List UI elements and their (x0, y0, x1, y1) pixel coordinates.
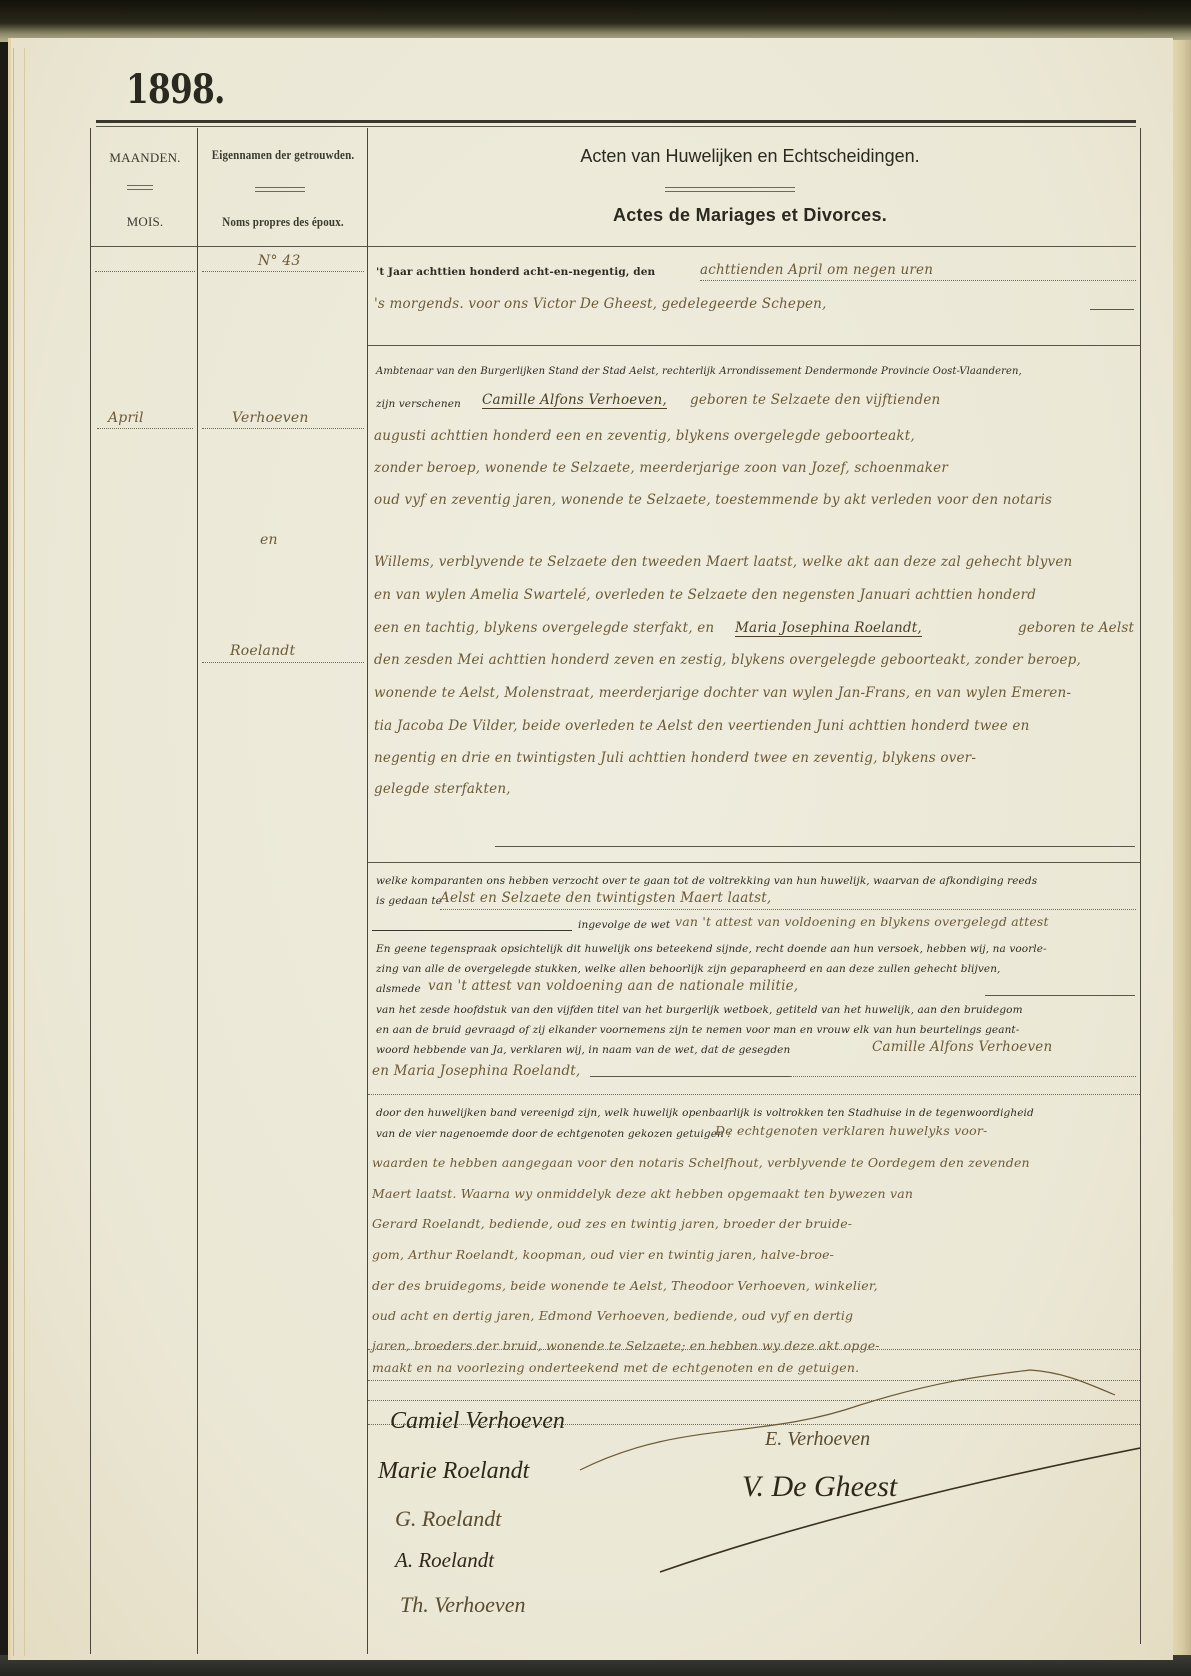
column-line-months (197, 128, 198, 1654)
printed-huwelijken-band: door den huwelijken band vereenigd zijn,… (376, 1107, 1034, 1119)
printed-tegenspraak: En geene tegenspraak opsichtelijk dit hu… (376, 943, 1047, 955)
fill-line (495, 846, 1135, 847)
header-dash (127, 185, 153, 190)
dotted-line (440, 909, 1136, 910)
handwritten-witness-theodoor: der des bruidegoms, beide wonende te Ael… (372, 1278, 878, 1293)
printed-alsmede: alsmede (376, 983, 421, 995)
printed-komparanten: welke komparanten ons hebben verzocht ov… (376, 875, 1037, 887)
dotted-line (202, 662, 364, 663)
handwritten-line: zonder beroep, wonende te Selzaete, meer… (374, 460, 948, 476)
printed-opening: 't Jaar achttien honderd acht-en-negenti… (376, 266, 655, 278)
signature-witness-e-verhoeven: E. Verhoeven (765, 1428, 870, 1451)
handwritten-bride-birth: geboren te Aelst (1018, 620, 1134, 636)
handwritten-line: een en tachtig, blykens overgelegde ster… (374, 620, 714, 636)
handwritten-line: augusti achttien honderd een en zeventig… (374, 428, 915, 444)
column-line-left (90, 128, 91, 1654)
printed-gedaan-te: is gedaan te (376, 895, 442, 907)
page-edge-lines (13, 48, 25, 1656)
printed-hoofdstuk: van het zesde hoofdstuk van den vijfden … (376, 1004, 1023, 1016)
handwritten-line: wonende te Aelst, Molenstraat, meerderja… (374, 685, 1071, 701)
header-top-rule (96, 120, 1136, 123)
conjunction-en: en (260, 532, 278, 548)
dotted-line (790, 1076, 1136, 1077)
signature-bride: Marie Roelandt (378, 1458, 529, 1485)
column-header-names-fr: Noms propres des époux. (208, 215, 358, 230)
signature-witness-th-verhoeven: Th. Verhoeven (400, 1592, 525, 1618)
handwritten-attest: van 't attest van voldoening en blykens … (675, 914, 1049, 929)
handwritten-date: achttienden April om negen uren (700, 262, 933, 278)
bride-surname: Roelandt (230, 643, 295, 659)
dotted-line (202, 428, 364, 429)
bride-fullname: Maria Josephina Roelandt, (735, 620, 922, 637)
fill-line (985, 995, 1135, 996)
handwritten-line: den zesden Mei achttien honderd zeven en… (374, 652, 1081, 668)
section-rule (368, 862, 1140, 863)
column-header-months-fr: MOIS. (92, 214, 198, 230)
printed-getuigen: van de vier nagenoemde door de echtgenot… (376, 1128, 731, 1140)
printed-ambtenaar: Ambtenaar van den Burgerlijken Stand der… (376, 366, 1022, 377)
handwritten-line: waarden te hebben aangegaan voor den not… (372, 1155, 1030, 1170)
dotted-line (202, 271, 364, 272)
dotted-line (700, 280, 1136, 281)
header-top-rule-thin (96, 126, 1136, 127)
printed-voorlezing: zing van alle de overgelegde stukken, we… (376, 963, 1001, 975)
fill-line (590, 1076, 790, 1077)
book-cover-top (0, 0, 1191, 42)
signature-witness-a-roelandt: A. Roelandt (395, 1548, 494, 1573)
handwritten-publication-places: Aelst en Selzaete den twintigsten Maert … (440, 890, 771, 906)
register-year: 1898. (126, 66, 225, 113)
printed-ingevolge: ingevolge de wet (578, 919, 670, 931)
handwritten-officer: 's morgends. voor ons Victor De Gheest, … (374, 296, 827, 312)
handwritten-line: negentig en drie en twintigsten Juli ach… (374, 750, 976, 766)
handwritten-witness-edmond: oud acht en dertig jaren, Edmond Verhoev… (372, 1308, 853, 1323)
column-line-right (1140, 128, 1141, 1644)
signature-witness-g-roelandt: G. Roelandt (395, 1506, 501, 1532)
fill-line (372, 930, 572, 931)
register-title-nl: Acten van Huwelijken en Echtscheidingen. (360, 146, 1140, 167)
register-title-fr: Actes de Mariages et Divorces. (360, 205, 1140, 226)
entry-month: April (108, 410, 144, 426)
handwritten-groom-declared: Camille Alfons Verhoeven (872, 1039, 1052, 1055)
handwritten-line: en van wylen Amelia Swartelé, overleden … (374, 587, 1036, 603)
handwritten-militie: van 't attest van voldoening aan de nati… (428, 978, 798, 994)
dotted-line (368, 1349, 1140, 1350)
handwritten-groom-birth: geboren te Selzaete den vijftienden (690, 392, 940, 408)
printed-verschenen: zijn verschenen (376, 398, 461, 410)
dotted-line (95, 271, 195, 272)
handwritten-line: Maert laatst. Waarna wy onmiddelyk deze … (372, 1186, 913, 1201)
title-divider (665, 187, 795, 192)
section-rule (368, 345, 1140, 346)
column-header-months-nl: MAANDEN. (92, 150, 198, 166)
dotted-line (97, 428, 193, 429)
handwritten-bride-declared: en Maria Josephina Roelandt, (372, 1063, 580, 1079)
handwritten-line: De echtgenoten verklaren huwelyks voor- (715, 1123, 987, 1138)
handwritten-line: tia Jacoba De Vilder, beide overleden te… (374, 718, 1030, 734)
signature-officer: V. De Gheest (742, 1470, 897, 1504)
header-bottom-rule (91, 246, 1136, 247)
dotted-line (368, 1094, 1140, 1095)
column-header-names-nl: Eigennamen der getrouwden. (208, 148, 358, 163)
printed-gevraagd: en aan de bruid gevraagd of zij elkander… (376, 1024, 1019, 1036)
header-dash (255, 187, 305, 192)
handwritten-witness-arthur: gom, Arthur Roelandt, koopman, oud vier … (372, 1247, 834, 1262)
groom-fullname: Camille Alfons Verhoeven, (482, 392, 667, 409)
handwritten-line: jaren, broeders der bruid, wonende te Se… (372, 1338, 880, 1353)
handwritten-witness-gerard: Gerard Roelandt, bediende, oud zes en tw… (372, 1216, 852, 1231)
groom-surname: Verhoeven (232, 410, 309, 426)
handwritten-line: Willems, verblyvende te Selzaete den twe… (374, 554, 1072, 570)
signature-groom: Camiel Verhoeven (390, 1408, 565, 1435)
handwritten-line: gelegde sterfakten, (374, 781, 511, 797)
handwritten-line: oud vyf en zeventig jaren, wonende te Se… (374, 492, 1052, 508)
fill-line (1090, 309, 1134, 310)
entry-number: N° 43 (258, 253, 301, 269)
printed-verklaren: woord hebbende van Ja, verklaren wij, in… (376, 1044, 790, 1056)
column-line-names (367, 128, 368, 1654)
